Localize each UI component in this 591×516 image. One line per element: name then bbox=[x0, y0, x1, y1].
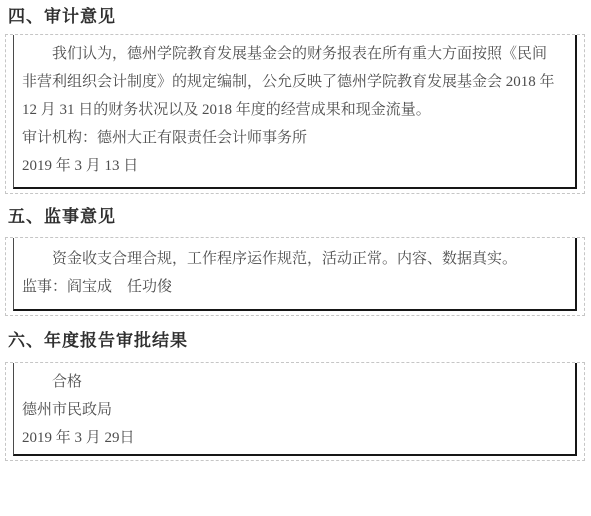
audit-opinion-box: 我们认为，德州学院教育发展基金会的财务报表在所有重大方面按照《民间非营利组织会计… bbox=[13, 35, 577, 189]
section-heading-audit-opinion: 四、审计意见 bbox=[8, 7, 591, 26]
audit-opinion-frame: 我们认为，德州学院教育发展基金会的财务报表在所有重大方面按照《民间非营利组织会计… bbox=[5, 34, 585, 194]
approval-authority: 德州市民政局 bbox=[22, 396, 557, 424]
approval-date: 2019 年 3 月 29日 bbox=[22, 424, 557, 452]
audit-agency-signature: 审计机构：德州大正有限责任会计师事务所 bbox=[22, 124, 557, 152]
audit-opinion-paragraph: 我们认为，德州学院教育发展基金会的财务报表在所有重大方面按照《民间非营利组织会计… bbox=[22, 40, 557, 124]
supervisor-signature: 监事：阎宝成 任功俊 bbox=[22, 273, 557, 301]
section-heading-supervisor-opinion: 五、监事意见 bbox=[8, 207, 591, 226]
audit-date: 2019 年 3 月 13 日 bbox=[22, 152, 557, 180]
approval-result-value: 合格 bbox=[22, 368, 557, 396]
approval-result-frame: 合格 德州市民政局 2019 年 3 月 29日 bbox=[5, 362, 585, 461]
section-heading-approval-result: 六、年度报告审批结果 bbox=[8, 331, 591, 350]
approval-result-box: 合格 德州市民政局 2019 年 3 月 29日 bbox=[13, 363, 577, 456]
supervisor-opinion-paragraph: 资金收支合理合规，工作程序运作规范，活动正常。内容、数据真实。 bbox=[22, 245, 557, 273]
supervisor-opinion-box: 资金收支合理合规，工作程序运作规范，活动正常。内容、数据真实。 监事：阎宝成 任… bbox=[13, 238, 577, 311]
supervisor-opinion-frame: 资金收支合理合规，工作程序运作规范，活动正常。内容、数据真实。 监事：阎宝成 任… bbox=[5, 237, 585, 316]
